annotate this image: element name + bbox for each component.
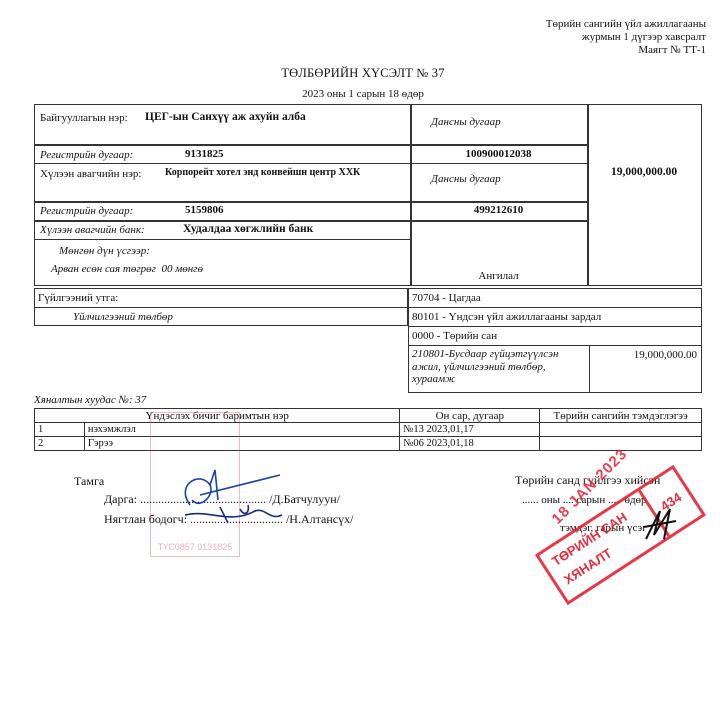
- handwritten-signature-icon: [170, 465, 290, 530]
- payee-bank-value: Худалдаа хөгжлийн банк: [183, 223, 313, 235]
- payment-main-box: Байгууллагын нэр: ЦЕГ-ын Санхүү аж ахуйн…: [34, 104, 702, 286]
- class-row-2: 80101 - Үндсэн үйл ажиллагааны зардал: [408, 307, 702, 327]
- payee-reg-label: Регистрийн дугаар:: [40, 205, 133, 217]
- form-header: Төрийн сангийн үйл ажиллагааны журмын 1 …: [546, 18, 706, 57]
- header-line-1: Төрийн сангийн үйл ажиллагааны: [546, 18, 706, 31]
- payee-bank-label: Хүлээн авагчийн банк:: [40, 224, 145, 236]
- class-row-1: 70704 - Цагдаа: [408, 288, 702, 308]
- payer-reg-label: Регистрийн дугаар:: [40, 149, 133, 161]
- total-amount: 19,000,000.00: [587, 166, 701, 178]
- class-item-amount: 19,000,000.00: [634, 349, 697, 361]
- header-line-2: журмын 1 дүгээр хавсралт: [546, 31, 706, 44]
- row-number: 1: [35, 423, 85, 437]
- payee-name-value: Корпорейт хотел энд конвейшн центр ХХК: [165, 167, 360, 178]
- transaction-purpose-box: Гүйлгээний утга: Үйлчилгээний төлбөр: [34, 288, 408, 326]
- payee-account-label: Дансны дугаар: [431, 173, 501, 185]
- table-header-row: Үндэслэх бичиг баримтын нэр Он сар, дуга…: [35, 409, 702, 423]
- payee-account-value: 499212610: [410, 204, 587, 216]
- class-row-3-text: 0000 - Төрийн сан: [412, 330, 497, 342]
- amount-words-value: Арван есөн сая төгрөг 00 мөнгө: [51, 263, 203, 275]
- treasury-note: [540, 423, 702, 437]
- table-row: 1 нэхэмжлэл №13 2023,01,17: [35, 423, 702, 437]
- category-label: Ангилал: [410, 270, 587, 282]
- director-label: Дарга:: [104, 492, 137, 506]
- document-date: 2023 оны 1 сарын 18 өдөр: [0, 88, 726, 100]
- treasury-signature-icon: [640, 505, 680, 545]
- accountant-name: /Н.Алтансүх/: [286, 512, 353, 526]
- control-sheet-label: Хяналтын хуудас №: 37: [34, 394, 146, 406]
- row-number: 2: [35, 437, 85, 451]
- payer-account-label: Дансны дугаар: [431, 116, 501, 128]
- class-row-2-text: 80101 - Үндсэн үйл ажиллагааны зардал: [412, 311, 601, 323]
- payee-name-label: Хүлээн авагчийн нэр:: [40, 168, 141, 180]
- purpose-value: Үйлчилгээний төлбөр: [73, 311, 173, 323]
- payee-reg-value: 5159806: [185, 204, 224, 216]
- document-title: ТӨЛБӨРИЙН ХҮСЭЛТ № 37: [0, 66, 726, 81]
- table-row: 2 Гэрээ №06 2023,01,18: [35, 437, 702, 451]
- col-treasury-note: Төрийн сангийн тэмдэглэгээ: [540, 409, 702, 423]
- class-item-row: 210801-Бусдаар гүйцэтгүүлсэн ажил, үйлчи…: [408, 345, 702, 393]
- seal-label: Тамга: [74, 474, 104, 489]
- org-name-value: ЦЕГ-ын Санхүү аж ахуйн алба: [145, 111, 306, 123]
- class-item-text: 210801-Бусдаар гүйцэтгүүлсэн ажил, үйлчи…: [412, 348, 584, 386]
- form-code: Маягт № ТТ-1: [546, 44, 706, 57]
- doc-name: нэхэмжлэл: [84, 423, 399, 437]
- org-name-label: Байгууллагын нэр:: [40, 112, 128, 124]
- doc-name: Гэрээ: [84, 437, 399, 451]
- class-row-1-text: 70704 - Цагдаа: [412, 292, 481, 304]
- payer-account-value: 100900012038: [410, 148, 587, 160]
- doc-ref: №13 2023,01,17: [400, 423, 540, 437]
- col-date-number: Он сар, дугаар: [400, 409, 540, 423]
- purpose-label: Гүйлгээний утга:: [38, 292, 118, 304]
- seal-text: ТҮС0857 9131825: [151, 542, 239, 552]
- payer-reg-value: 9131825: [185, 148, 224, 160]
- doc-ref: №06 2023,01,18: [400, 437, 540, 451]
- supporting-documents-table: Үндэслэх бичиг баримтын нэр Он сар, дуга…: [34, 408, 702, 451]
- class-row-3: 0000 - Төрийн сан: [408, 326, 702, 346]
- amount-words-label: Мөнгөн дүн үсгээр:: [59, 245, 150, 257]
